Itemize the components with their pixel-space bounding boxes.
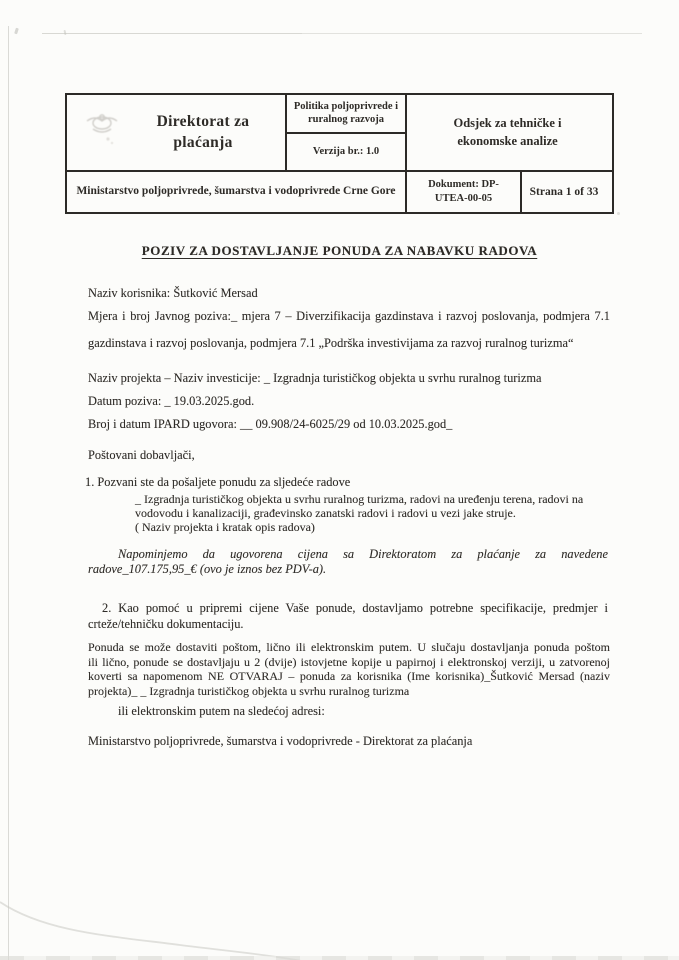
header-row-2: Ministarstvo poljoprivrede, šumarstva i … [67, 170, 612, 212]
note-line-1: Napominjemo da ugovorena cijena sa Direk… [118, 547, 608, 562]
scan-bottom-edge [0, 956, 679, 960]
item1-desc-line-1: _ Izgradnja turističkog objekta u svrhu … [135, 492, 583, 507]
ministry-cell: Ministarstvo poljoprivrede, šumarstva i … [67, 172, 405, 212]
department-label: Odsjek za tehničke i ekonomske analize [425, 115, 590, 150]
scanned-document-page: Direktorat za plaćanja Politika poljopri… [0, 0, 679, 960]
doc-number-cell: Dokument: DP-UTEA-00-05 [405, 172, 520, 212]
policy-label: Politika poljoprivrede i ruralnog razvoj… [287, 95, 405, 132]
scan-speck [617, 212, 620, 215]
item1-desc-line-3: ( Naziv projekta i kratak opis radova) [135, 520, 315, 535]
scan-top-line-dark [42, 33, 302, 34]
header-row-1: Direktorat za plaćanja Politika poljopri… [67, 95, 612, 170]
electronic-line: ili elektronskim putem na sledećoj adres… [118, 704, 325, 719]
item1-intro-line: 1. Pozvani ste da pošaljete ponudu za sl… [85, 475, 350, 490]
delivery-line-3: koverti sa napomenom NE OTVARAJ – ponuda… [88, 669, 610, 684]
directorate-cell: Direktorat za plaćanja [67, 95, 285, 170]
department-cell: Odsjek za tehničke i ekonomske analize [405, 95, 608, 170]
item1-desc-line-2: vodovodu i kanalizaciji, građevinsko zan… [135, 506, 516, 521]
call-date-line: Datum poziva: _ 19.03.2025.god. [88, 394, 254, 409]
note-line-2: radove_107.175,95_€ (ovo je iznos bez PD… [88, 562, 326, 577]
item2-line-2: crteže/tehničku dokumentaciju. [88, 617, 244, 632]
project-line: Naziv projekta – Naziv investicije: _ Iz… [88, 371, 542, 386]
policy-version-cell: Politika poljoprivrede i ruralnog razvoj… [285, 95, 405, 170]
document-title: POZIV ZA DOSTAVLJANJE PONUDA ZA NABAVKU … [0, 243, 679, 259]
directorate-label: Direktorat za plaćanja [129, 112, 277, 154]
scan-speck [64, 30, 67, 35]
delivery-line-1: Ponuda se može dostaviti poštom, lično i… [88, 640, 610, 655]
measure-line-1: Mjera i broj Javnog poziva:_ mjera 7 – D… [88, 309, 610, 324]
salutation-line: Poštovani dobavljači, [88, 448, 195, 463]
beneficiary-line: Naziv korisnika: Šutković Mersad [88, 286, 258, 301]
scan-bottom-curve [0, 898, 330, 960]
contract-line: Broj i datum IPARD ugovora: __ 09.908/24… [88, 417, 452, 432]
coat-of-arms-icon [81, 109, 123, 155]
scan-speck [14, 28, 19, 35]
version-label: Verzija br.: 1.0 [287, 132, 405, 171]
scan-left-edge [8, 26, 9, 960]
page-number-cell: Strana 1 of 33 [520, 172, 606, 212]
measure-line-2: gazdinstava i razvoj poslovanja, podmjer… [88, 336, 573, 351]
item2-line-1: 2. Kao pomoć u pripremi cijene Vaše ponu… [102, 601, 608, 616]
address-line: Ministarstvo poljoprivrede, šumarstva i … [88, 734, 472, 749]
header-table: Direktorat za plaćanja Politika poljopri… [65, 93, 614, 214]
delivery-line-2: ili lično, ponude se dostavljaju u 2 (dv… [88, 655, 610, 670]
delivery-line-4: projekta)_ _ Izgradnja turističkog objek… [88, 684, 409, 699]
